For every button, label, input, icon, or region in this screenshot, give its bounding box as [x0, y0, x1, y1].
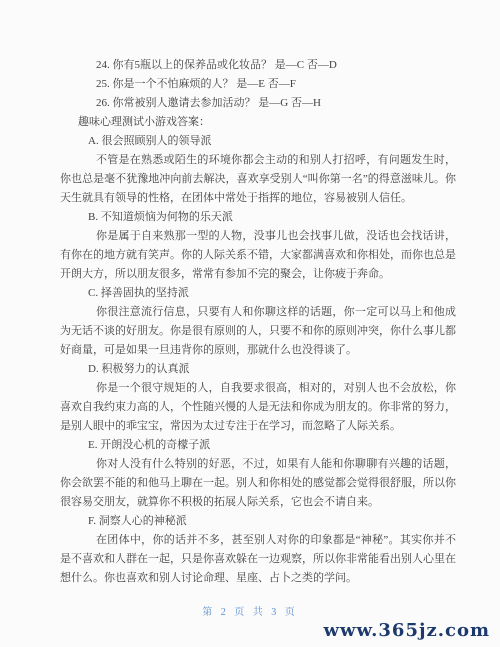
section-heading-e: E. 开朗没心机的奇檬子派 — [88, 436, 456, 455]
question-26: 26. 你常被别人邀请去参加活动？ 是—G 否—H — [96, 94, 456, 113]
answer-section-d: D. 积极努力的认真派 你是一个很守规矩的人，自我要求很高，相对的，对别人也不会… — [60, 360, 456, 436]
answer-section-a: A. 很会照顾别人的领导派 不管是在熟悉或陌生的环境你都会主动的和别人打招呼，有… — [60, 132, 456, 208]
section-body-a: 不管是在熟悉或陌生的环境你都会主动的和别人打招呼，有问题发生时，你也总是毫不犹豫… — [60, 151, 456, 208]
answer-section-c: C. 择善固执的坚持派 你很注意流行信息，只要有人和你聊这样的话题，你一定可以马… — [60, 284, 456, 360]
answers-title: 趣味心理测试小游戏答案： — [78, 113, 456, 132]
question-25: 25. 你是一个不怕麻烦的人？ 是—E 否—F — [96, 75, 456, 94]
question-24: 24. 你有5瓶以上的保养品或化妆品？ 是—C 否—D — [96, 56, 456, 75]
section-heading-c: C. 择善固执的坚持派 — [88, 284, 456, 303]
answer-section-e: E. 开朗没心机的奇檬子派 你对人没有什么特别的好恶，不过，如果有人能和你聊聊有… — [60, 436, 456, 512]
document-body: 24. 你有5瓶以上的保养品或化妆品？ 是—C 否—D 25. 你是一个不怕麻烦… — [60, 56, 456, 588]
site-watermark: www.365jz.com — [323, 620, 490, 641]
section-body-d: 你是一个很守规矩的人，自我要求很高，相对的，对别人也不会放松，你喜欢自我约束力高… — [60, 379, 456, 436]
section-body-e: 你对人没有什么特别的好恶，不过，如果有人能和你聊聊有兴趣的话题，你会欲罢不能的和… — [60, 455, 456, 512]
section-heading-b: B. 不知道烦恼为何物的乐天派 — [88, 208, 456, 227]
section-body-f: 在团体中，你的话并不多，甚至别人对你的印象都是“神秘”。其实你并不是不喜欢和人群… — [60, 531, 456, 588]
section-heading-d: D. 积极努力的认真派 — [88, 360, 456, 379]
section-heading-a: A. 很会照顾别人的领导派 — [88, 132, 456, 151]
page-indicator: 第 2 页 共 3 页 — [0, 603, 500, 618]
section-body-c: 你很注意流行信息，只要有人和你聊这样的话题，你一定可以马上和他成为无话不谈的好朋… — [60, 303, 456, 360]
section-body-b: 你是属于自来熟那一型的人物，没事儿也会找事儿做，没话也会找话讲，有你在的地方就有… — [60, 227, 456, 284]
section-heading-f: F. 洞察人心的神秘派 — [88, 512, 456, 531]
answer-section-f: F. 洞察人心的神秘派 在团体中，你的话并不多，甚至别人对你的印象都是“神秘”。… — [60, 512, 456, 588]
answer-section-b: B. 不知道烦恼为何物的乐天派 你是属于自来熟那一型的人物，没事儿也会找事儿做，… — [60, 208, 456, 284]
